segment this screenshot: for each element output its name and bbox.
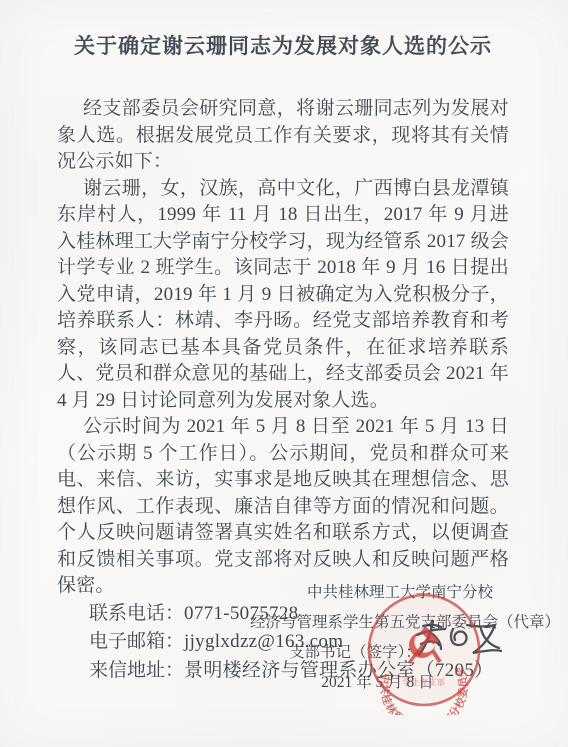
email-label: 电子邮箱： [89, 631, 184, 652]
signature-block: 中共桂林理工大学南宁分校 经济与管理系学生第五党支部委员会（代章） 支部书记（签… [240, 578, 560, 698]
document-title: 关于确定谢云珊同志为发展对象人选的公示 [57, 33, 509, 59]
body-paragraph-1: 经支部委员会研究同意，将谢云珊同志列为发展对象人选。根据发展党员工作有关要求，现… [57, 96, 509, 176]
body-paragraph-3: 公示时间为 2021 年 5 月 8 日至 2021 年 5 月 13 日（公示… [57, 414, 509, 600]
phone-label: 联系电话： [89, 603, 184, 624]
scanned-notice-page: 关于确定谢云珊同志为发展对象人选的公示 经支部委员会研究同意，将谢云珊同志列为发… [0, 0, 568, 747]
signer-label: 支部书记（签字）： [240, 638, 560, 668]
issue-date: 2021 年 5 月 8 日 [240, 668, 560, 698]
issuer-org-line2: 经济与管理系学生第五党支部委员会（代章） [240, 608, 560, 638]
address-label: 来信地址： [89, 660, 184, 681]
issuer-org-line1: 中共桂林理工大学南宁分校 [240, 578, 560, 608]
body-paragraph-2: 谢云珊，女，汉族，高中文化，广西博白县龙潭镇东岸村人，1999 年 11 月 1… [57, 176, 509, 415]
secretary-signature [411, 617, 507, 663]
